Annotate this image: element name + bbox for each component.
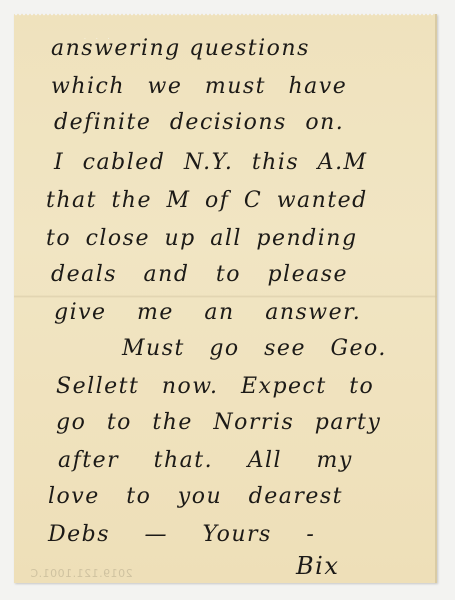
handwritten-line-6: to close up all pending (46, 228, 358, 250)
handwritten-line-4: I cabled N.Y. this A.M (54, 152, 368, 174)
handwritten-line-14: Debs — Yours - (48, 524, 315, 546)
handwritten-line-5: that the M of C wanted (46, 190, 368, 212)
handwritten-line-2: which we must have (51, 76, 347, 98)
handwritten-line-10: Sellett now. Expect to (56, 376, 374, 398)
handwritten-line-8: give me an answer. (54, 302, 361, 324)
paper-edge (435, 14, 437, 583)
fold-crease (14, 295, 437, 298)
handwritten-line-11: go to the Norris party (56, 412, 381, 434)
handwritten-line-7: deals and to please (51, 264, 348, 286)
handwritten-line-1: answering questions (51, 38, 310, 60)
signature: Bix (296, 554, 339, 578)
handwritten-line-3: definite decisions on. (54, 112, 344, 134)
handwritten-line-13: love to you dearest (48, 486, 343, 508)
letter-page: · · · answering questions which we must … (14, 14, 437, 583)
handwritten-line-12: after that. All my (58, 450, 353, 472)
accession-number-showthrough: 2019.121.1001.C (30, 567, 133, 580)
handwritten-line-9: Must go see Geo. (122, 338, 387, 360)
perforated-edge (14, 12, 437, 16)
